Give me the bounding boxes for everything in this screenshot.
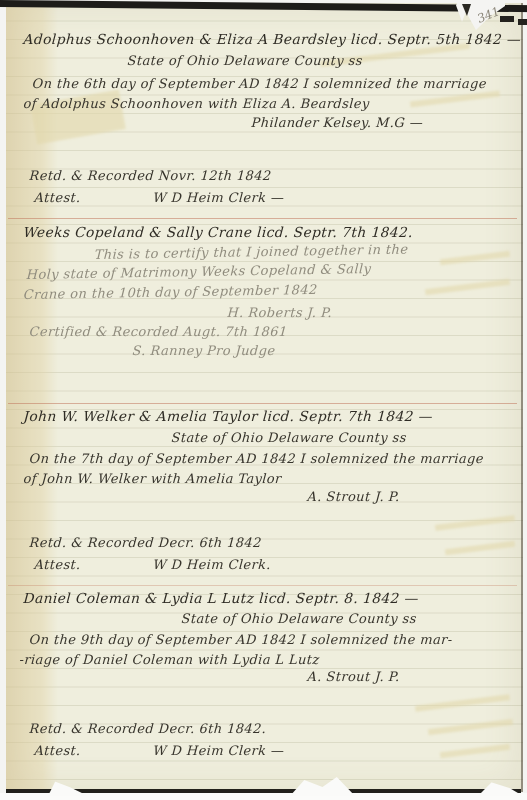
entry4-header: Daniel Coleman & Lydia L Lutz licd. Sept… (23, 592, 419, 607)
attest-line-2: Attest. W D Heim Clerk. (34, 559, 271, 573)
photo-top-edge-fragment (518, 19, 527, 25)
entry1-couple-line: of Adolphus Schoonhoven with Eliza A. Be… (23, 98, 370, 112)
entry2-judge-signature: S. Ranney Pro Judge (132, 345, 276, 359)
entry1-header: Adolphus Schoonhoven & Eliza A Beardsley… (23, 33, 522, 48)
attest-line-3: Attest. W D Heim Clerk — (34, 745, 285, 759)
recorded-line-1: Retd. & Recorded Novr. 12th 1842 (29, 170, 272, 184)
attest-line-1: Attest. W D Heim Clerk — (34, 192, 285, 206)
entry3-solemnization-line: On the 7th day of September AD 1842 I so… (29, 453, 484, 467)
entry2-certified-recorded-line: Certified & Recorded Augt. 7th 1861 (29, 326, 288, 340)
entry4-couple-line: -riage of Daniel Coleman with Lydia L Lu… (19, 654, 320, 668)
entry3-officiant-signature: A. Strout J. P. (307, 491, 400, 505)
entry3-couple-line: of John W. Welker with Amelia Taylor (23, 473, 282, 487)
entry3-state-county-line: State of Ohio Delaware County ss (171, 432, 407, 446)
entry4-officiant-signature: A. Strout J. P. (307, 671, 400, 685)
section-divider-rule (8, 585, 517, 586)
entry4-solemnization-line: On the 9th day of September AD 1842 I so… (29, 634, 453, 648)
recorded-line-2: Retd. & Recorded Decr. 6th 1842 (29, 537, 262, 551)
entry2-officiant-signature: H. Roberts J. P. (227, 307, 333, 321)
section-divider-rule (8, 218, 517, 219)
photo-top-edge-fragment (500, 16, 514, 22)
entry1-solemnization-line: On the 6th day of September AD 1842 I so… (32, 78, 487, 92)
entry4-state-county-line: State of Ohio Delaware County ss (181, 613, 417, 627)
entry1-state-county-line: State of Ohio Delaware County ss (127, 55, 363, 69)
entry3-header: John W. Welker & Amelia Taylor licd. Sep… (23, 410, 433, 425)
entry1-officiant-signature: Philander Kelsey. M.G — (251, 117, 424, 131)
entry2-header: Weeks Copeland & Sally Crane licd. Septr… (23, 226, 414, 241)
ledger-page-photo: Adolphus Schoonhoven & Eliza A Beardsley… (0, 0, 527, 800)
section-divider-rule (8, 403, 517, 404)
recorded-line-3: Retd. & Recorded Decr. 6th 1842. (29, 723, 267, 737)
